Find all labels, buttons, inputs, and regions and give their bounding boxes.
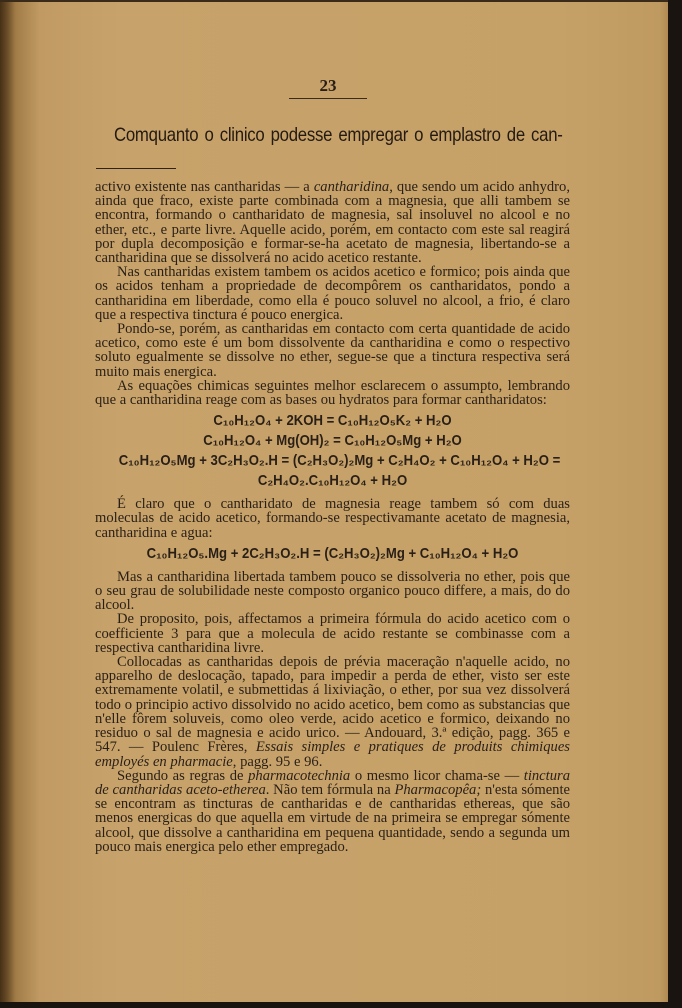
footnote-rule: [96, 168, 176, 169]
footnote-paragraph-4: As equações chimicas seguintes melhor es…: [95, 379, 570, 407]
footnote-paragraph-5: É claro que o cantharidato de magnesia r…: [95, 497, 570, 540]
equation-group-1: C₁₀H₁₂O₄ + 2KOH = C₁₀H₁₂O₅K₂ + H₂O C₁₀H₁…: [95, 411, 570, 491]
equation: C₁₀H₁₂O₄ + 2KOH = C₁₀H₁₂O₅K₂ + H₂O: [119, 411, 547, 431]
footnote-paragraph-8: Collocadas as cantharidas depois de prév…: [95, 655, 570, 769]
footnote-paragraph-2: Nas cantharidas existem tambem os acidos…: [95, 265, 570, 322]
equation: C₁₀H₁₂O₅.Mg + 2C₂H₃O₂.H = (C₂H₃O₂)₂Mg + …: [119, 544, 547, 564]
equation: C₁₀H₁₂O₄ + Mg(OH)₂ = C₁₀H₁₂O₅Mg + H₂O: [119, 431, 547, 451]
main-text-line: Comquanto o clinico podesse empregar o e…: [114, 124, 510, 147]
footnote-paragraph-7: De proposito, pois, affectamos a primeir…: [95, 612, 570, 655]
footnote: activo existente nas cantharidas — a can…: [95, 180, 570, 854]
footnote-paragraph-1: activo existente nas cantharidas — a can…: [95, 180, 570, 265]
footnote-paragraph-3: Pondo-se, porém, as cantharidas em conta…: [95, 322, 570, 379]
page-number: 23: [288, 76, 368, 96]
equation-group-2: C₁₀H₁₂O₅.Mg + 2C₂H₃O₂.H = (C₂H₃O₂)₂Mg + …: [95, 544, 570, 564]
equation: C₂H₄O₂.C₁₀H₁₂O₄ + H₂O: [119, 471, 547, 491]
page-number-rule: [289, 98, 367, 99]
footnote-paragraph-6: Mas a cantharidina libertada tambem pouc…: [95, 570, 570, 613]
equation: C₁₀H₁₂O₅Mg + 3C₂H₃O₂.H = (C₂H₃O₂)₂Mg + C…: [119, 451, 547, 471]
book-page: 23 Comquanto o clinico podesse empregar …: [0, 0, 668, 1002]
footnote-paragraph-9: Segundo as regras de pharmacotechnia o m…: [95, 769, 570, 854]
